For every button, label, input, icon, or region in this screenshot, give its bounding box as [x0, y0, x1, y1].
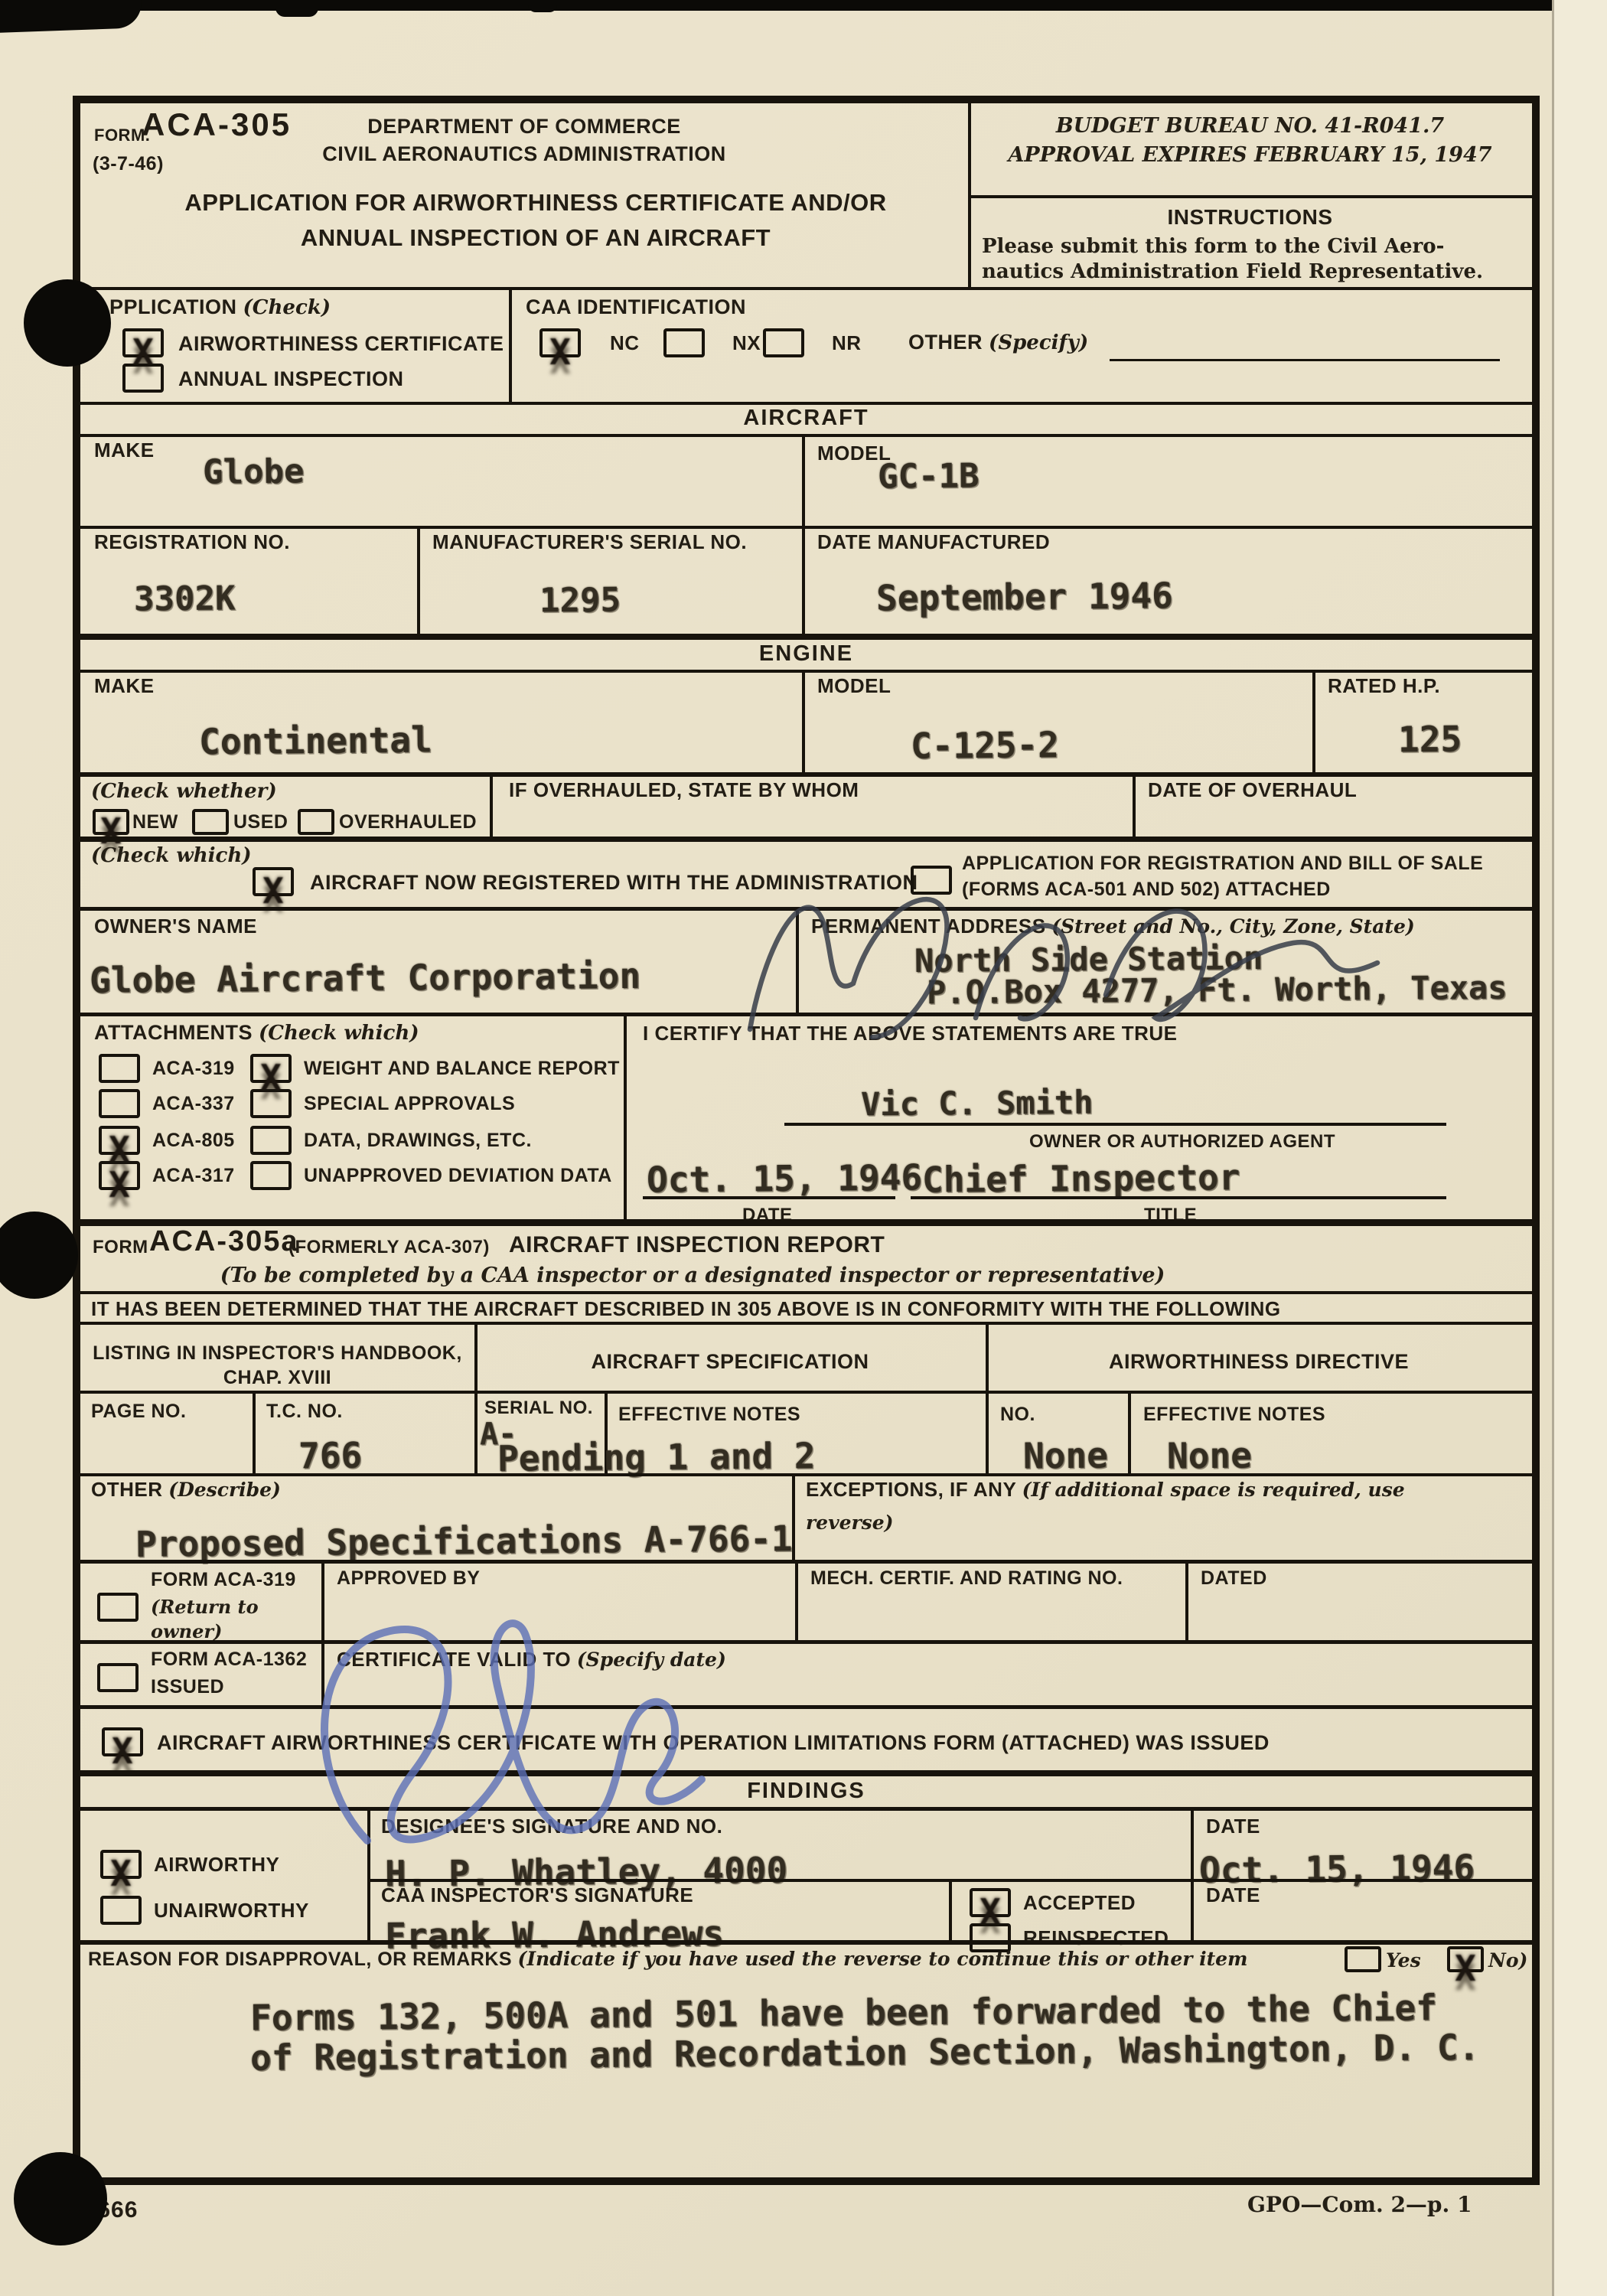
remarks-label: REASON FOR DISAPPROVAL, OR REMARKS (Indi…: [88, 1949, 1248, 1969]
owner-agent-label: OWNER OR AUTHORIZED AGENT: [1029, 1132, 1335, 1151]
caa-other-underline: [1110, 359, 1500, 361]
certify-title-line: [911, 1196, 1446, 1199]
nr-label: NR: [832, 333, 862, 354]
designee-signature-ink: [283, 1594, 727, 1858]
engine-section-title: ENGINE: [80, 642, 1532, 665]
engine-used-checkbox[interactable]: [192, 809, 229, 835]
approved-by-label: APPROVED BY: [337, 1568, 480, 1588]
approval-expires: APPROVAL EXPIRES FEBRUARY 15, 1947: [968, 143, 1532, 167]
other-describe-value: Proposed Specifications A-766-1: [135, 1518, 793, 1564]
accepted-label: ACCEPTED: [1023, 1893, 1136, 1913]
directive-notes-label: EFFECTIVE NOTES: [1143, 1404, 1325, 1424]
aca-337-label: ACA-337: [152, 1094, 235, 1114]
registration-no-label: REGISTRATION NO.: [94, 532, 290, 553]
tc-no-value: 766: [298, 1435, 363, 1477]
airworthy-checkbox[interactable]: [100, 1850, 142, 1879]
airworthy-label: AIRWORTHY: [154, 1854, 279, 1875]
attachments-note: (Check which): [259, 1022, 419, 1045]
aca-805-checkbox[interactable]: [99, 1126, 140, 1155]
aircraft-model-value: GC-1B: [878, 456, 980, 496]
special-approvals-checkbox[interactable]: [250, 1089, 292, 1118]
report-formerly: (FORMERLY ACA-307): [288, 1238, 490, 1257]
dept-line1: DEPARTMENT OF COMMERCE: [80, 116, 968, 137]
determination-statement: IT HAS BEEN DETERMINED THAT THE AIRCRAFT…: [91, 1299, 1281, 1319]
aca-319-checkbox[interactable]: [99, 1054, 140, 1083]
effective-notes-label: EFFECTIVE NOTES: [618, 1404, 800, 1424]
dept-line2: CIVIL AERONAUTICS ADMINISTRATION: [80, 143, 968, 165]
scan-blemish-top-1: [275, 0, 318, 17]
engine-used-label: USED: [233, 812, 288, 832]
engine-new-checkbox[interactable]: [93, 809, 129, 835]
overhauled-by-whom-label: IF OVERHAULED, STATE BY WHOM: [509, 780, 859, 801]
owner-signature-line: [784, 1123, 1446, 1126]
nx-label: NX: [732, 333, 761, 354]
nr-checkbox[interactable]: [763, 328, 804, 357]
remarks-no-label: No): [1488, 1949, 1527, 1971]
hole-punch-bottom: [14, 2152, 107, 2245]
hole-punch-top: [24, 279, 111, 367]
mfr-serial-value: 1295: [539, 581, 621, 621]
check-which-note: (Check which): [91, 844, 252, 867]
scanned-form-page: FORM. ACA-305 (3-7-46) DEPARTMENT OF COM…: [0, 0, 1607, 2296]
form-aca-1362-checkbox[interactable]: [97, 1663, 139, 1692]
remarks-yes-checkbox[interactable]: [1345, 1946, 1381, 1972]
engine-make-value: Continental: [199, 719, 432, 763]
engine-model-label: MODEL: [817, 676, 891, 696]
form-title-line1: APPLICATION FOR AIRWORTHINESS CERTIFICAT…: [103, 191, 968, 216]
scan-corner-top-left: [0, 0, 142, 34]
form-aca-319-return-checkbox[interactable]: [97, 1593, 139, 1622]
aca-317-checkbox[interactable]: [99, 1161, 140, 1190]
caa-other-label: OTHER (Specify): [908, 331, 1088, 354]
form-aca-1362-issued-label: ISSUED: [151, 1677, 224, 1697]
instructions-line2: nautics Administration Field Representat…: [982, 260, 1483, 283]
directive-no-value: None: [1023, 1435, 1108, 1477]
other-describe-label: OTHER (Describe): [91, 1479, 281, 1500]
weight-balance-label: WEIGHT AND BALANCE REPORT: [304, 1058, 620, 1078]
unairworthy-label: UNAIRWORTHY: [154, 1900, 309, 1921]
engine-model-value: C-125-2: [911, 724, 1059, 767]
airworthiness-directive-header: AIRWORTHINESS DIRECTIVE: [986, 1351, 1532, 1372]
certify-date-value: Oct. 15, 1946: [647, 1156, 922, 1200]
airworthiness-certificate-label: AIRWORTHINESS CERTIFICATE: [178, 333, 504, 354]
rated-hp-value: 125: [1398, 719, 1462, 761]
form-aca-305: FORM. ACA-305 (3-7-46) DEPARTMENT OF COM…: [73, 96, 1540, 2185]
engine-make-label: MAKE: [94, 676, 155, 696]
weight-balance-checkbox[interactable]: [250, 1054, 292, 1083]
annual-inspection-checkbox[interactable]: [122, 364, 164, 393]
page-no-label: PAGE NO.: [91, 1401, 186, 1421]
nc-checkbox[interactable]: [539, 328, 581, 357]
scan-edge-top: [0, 0, 1607, 11]
owners-name-label: OWNER'S NAME: [94, 916, 257, 937]
form-aca-319-note1: (Return to: [151, 1596, 259, 1618]
budget-bureau-no: BUDGET BUREAU NO. 41-R041.7: [968, 114, 1532, 138]
owner-signature-ink: [708, 857, 1397, 1064]
exceptions-note2: reverse): [806, 1512, 894, 1534]
form-aca-319-label: FORM ACA-319: [151, 1570, 296, 1590]
application-label: APPLICATION: [94, 295, 243, 318]
aca-319-label: ACA-319: [152, 1058, 235, 1078]
owner-signature-typed: Vic C. Smith: [861, 1084, 1094, 1124]
check-whether-note: (Check whether): [91, 780, 277, 803]
unapproved-deviation-checkbox[interactable]: [250, 1161, 292, 1190]
directive-no-label: NO.: [1000, 1404, 1035, 1424]
mech-certif-label: MECH. CERTIF. AND RATING NO.: [810, 1568, 1123, 1588]
registration-no-value: 3302K: [134, 579, 236, 618]
nx-checkbox[interactable]: [663, 328, 705, 357]
engine-overhauled-checkbox[interactable]: [298, 809, 334, 835]
aca-317-label: ACA-317: [152, 1166, 235, 1186]
engine-new-label: NEW: [132, 812, 178, 832]
certify-date-line: [643, 1196, 895, 1199]
owners-name-value: Globe Aircraft Corporation: [90, 955, 641, 1001]
findings-date-label: DATE: [1206, 1816, 1260, 1837]
aca-337-checkbox[interactable]: [99, 1089, 140, 1118]
scan-blemish-top-2: [528, 0, 557, 12]
caa-other-note: (Specify): [989, 331, 1088, 354]
scan-paper-edge-right: [1552, 0, 1607, 2296]
aircraft-specification-header: AIRCRAFT SPECIFICATION: [474, 1351, 986, 1372]
report-form-number: ACA-305a: [149, 1227, 299, 1257]
report-subtitle: (To be completed by a CAA inspector or a…: [80, 1264, 1305, 1287]
spec-serial-label: SERIAL NO.: [484, 1398, 593, 1417]
annual-inspection-label: ANNUAL INSPECTION: [178, 368, 404, 390]
aircraft-registered-checkbox[interactable]: [253, 867, 294, 896]
footer-gpo-imprint: GPO—Com. 2—p. 1: [1247, 2192, 1472, 2217]
accepted-checkbox[interactable]: [970, 1888, 1011, 1917]
rated-hp-label: RATED H.P.: [1328, 676, 1440, 696]
certify-title-value: Chief Inspector: [922, 1156, 1240, 1201]
unapproved-deviation-label: UNAPPROVED DEVIATION DATA: [304, 1166, 612, 1186]
date-of-overhaul-label: DATE OF OVERHAUL: [1148, 780, 1357, 801]
certificate-issued-checkbox[interactable]: [102, 1727, 143, 1756]
listing-header-line1: LISTING IN INSPECTOR'S HANDBOOK,: [80, 1343, 474, 1363]
aircraft-make-label: MAKE: [94, 440, 155, 461]
instructions-title: INSTRUCTIONS: [968, 206, 1532, 228]
form-title-line2: ANNUAL INSPECTION OF AN AIRCRAFT: [103, 226, 968, 251]
date-manufactured-label: DATE MANUFACTURED: [817, 532, 1050, 553]
mfr-serial-label: MANUFACTURER'S SERIAL NO.: [432, 532, 747, 553]
caa-inspector-signature-label: CAA INSPECTOR'S SIGNATURE: [381, 1885, 693, 1906]
findings-date2-label: DATE: [1206, 1885, 1260, 1906]
reinspected-label: REINSPECTED: [1023, 1928, 1169, 1949]
exceptions-note: (If additional space is required, use: [1022, 1479, 1405, 1501]
airworthiness-certificate-checkbox[interactable]: [122, 328, 164, 357]
unairworthy-checkbox[interactable]: [100, 1896, 142, 1925]
tc-no-label: T.C. NO.: [266, 1401, 343, 1421]
remarks-no-checkbox[interactable]: [1447, 1946, 1484, 1972]
aca-805-label: ACA-805: [152, 1130, 235, 1150]
report-form-label: FORM: [93, 1238, 148, 1257]
nc-label: NC: [610, 333, 640, 354]
caa-identification-label: CAA IDENTIFICATION: [526, 296, 746, 318]
form-aca-319-note2: owner): [151, 1620, 222, 1642]
aircraft-section-title: AIRCRAFT: [80, 406, 1532, 429]
remarks-note: (Indicate if you have used the reverse t…: [518, 1948, 1248, 1970]
application-section-label: APPLICATION (Check): [94, 296, 331, 318]
dated-label: DATED: [1201, 1568, 1267, 1588]
data-drawings-checkbox[interactable]: [250, 1126, 292, 1155]
engine-overhauled-label: OVERHAULED: [339, 812, 477, 832]
directive-notes-value: None: [1167, 1435, 1252, 1477]
instructions-line1: Please submit this form to the Civil Aer…: [982, 235, 1444, 258]
instructions-divider: [968, 195, 1532, 198]
remarks-yes-label: Yes: [1386, 1949, 1421, 1971]
attachments-label: ATTACHMENTS (Check which): [94, 1022, 419, 1044]
hole-punch-middle: [0, 1212, 78, 1299]
other-describe-note: (Describe): [168, 1479, 281, 1501]
exceptions-label: EXCEPTIONS, IF ANY (If additional space …: [806, 1479, 1405, 1500]
aircraft-make-value: Globe: [203, 452, 305, 491]
data-drawings-label: DATA, DRAWINGS, ETC.: [304, 1130, 532, 1150]
listing-header-line2: CHAP. XVIII: [80, 1368, 474, 1388]
special-approvals-label: SPECIAL APPROVALS: [304, 1094, 515, 1114]
date-manufactured-value: September 1946: [876, 575, 1173, 618]
application-label-note: (Check): [243, 296, 331, 319]
report-title: AIRCRAFT INSPECTION REPORT: [509, 1233, 885, 1257]
